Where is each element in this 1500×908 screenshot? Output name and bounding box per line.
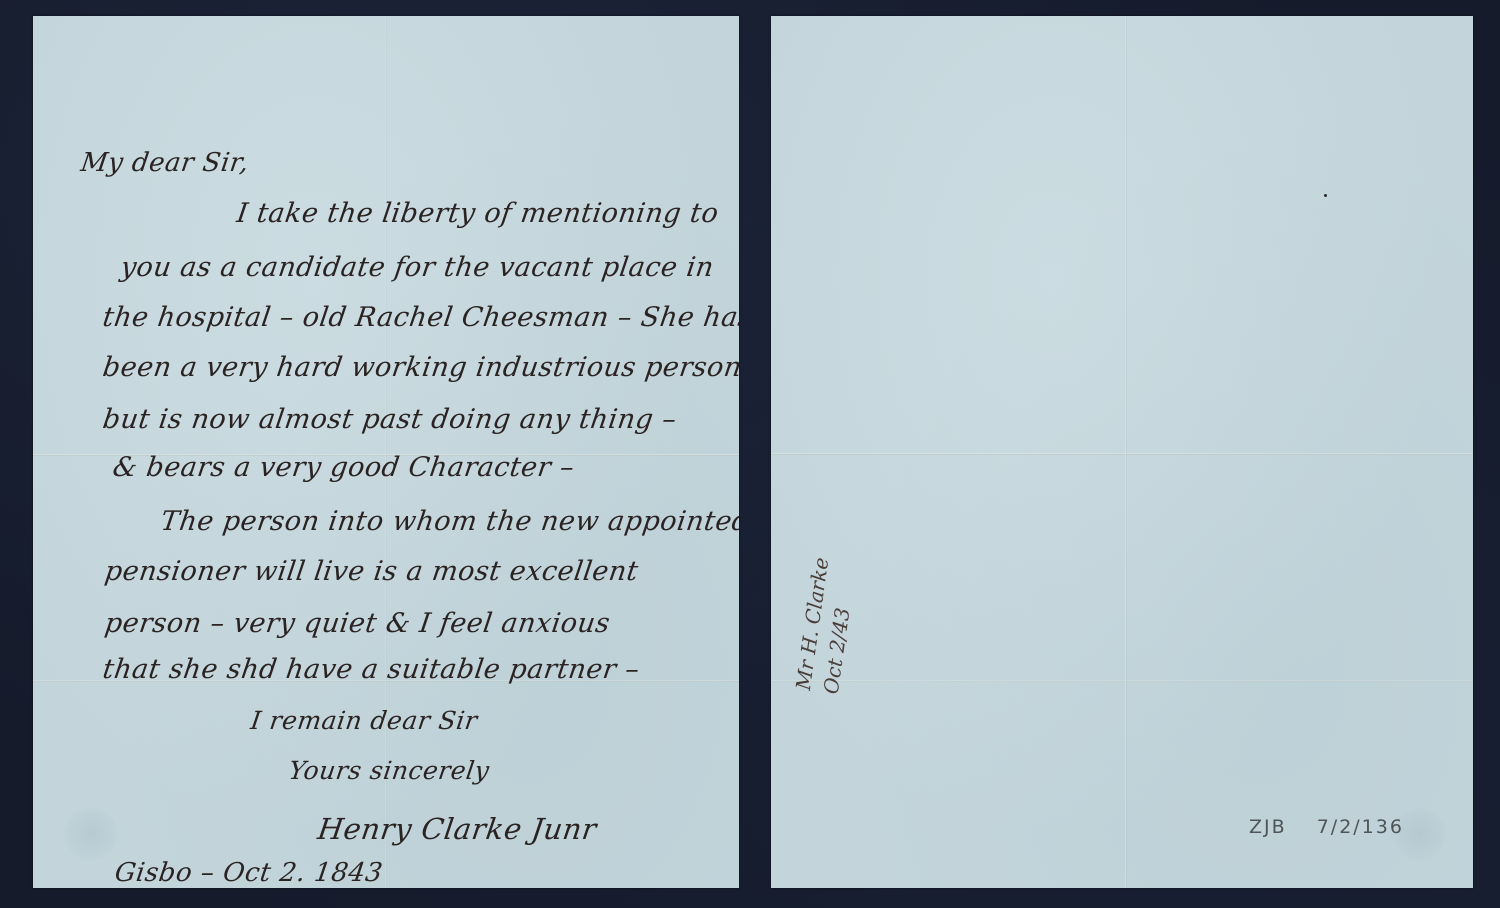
letter-line: the hospital – old Rachel Cheesman – She…	[101, 302, 739, 333]
letter-line: that she shd have a suitable partner –	[101, 654, 642, 685]
closing-line: I remain dear Sir	[249, 706, 479, 735]
ink-speck	[1324, 194, 1327, 197]
letter-line: pensioner will live is a most excellent	[103, 556, 640, 587]
letter-line: I take the liberty of mentioning to	[235, 198, 721, 229]
docket-endorsement: Mr H. Clarke Oct 2/43	[789, 490, 872, 696]
emboss-stamp	[63, 806, 119, 862]
letter-line: person – very quiet & I feel anxious	[103, 608, 612, 639]
letter-line: The person into whom the new appointed	[159, 506, 739, 537]
salutation: My dear Sir,	[79, 148, 251, 178]
fold-line	[771, 453, 1473, 455]
archive-collection: ZJB	[1249, 816, 1287, 838]
letter-line: you as a candidate for the vacant place …	[119, 252, 716, 283]
archive-reference: ZJB 7/2/136	[1249, 816, 1426, 838]
letter-page-front: My dear Sir, I take the liberty of menti…	[33, 16, 739, 888]
signature: Henry Clarke Junr	[316, 812, 599, 846]
letter-line: been a very hard working industrious per…	[101, 352, 739, 383]
place-date: Gisbo – Oct 2. 1843	[113, 858, 385, 888]
letter-line: & bears a very good Character –	[111, 452, 577, 483]
fold-line	[1125, 16, 1127, 888]
letter-line: but is now almost past doing any thing –	[101, 404, 679, 435]
archive-number: 7/2/136	[1317, 816, 1404, 838]
fold-line	[771, 680, 1473, 682]
closing-line: Yours sincerely	[287, 756, 491, 785]
letter-page-back: Mr H. Clarke Oct 2/43 ZJB 7/2/136	[771, 16, 1473, 888]
